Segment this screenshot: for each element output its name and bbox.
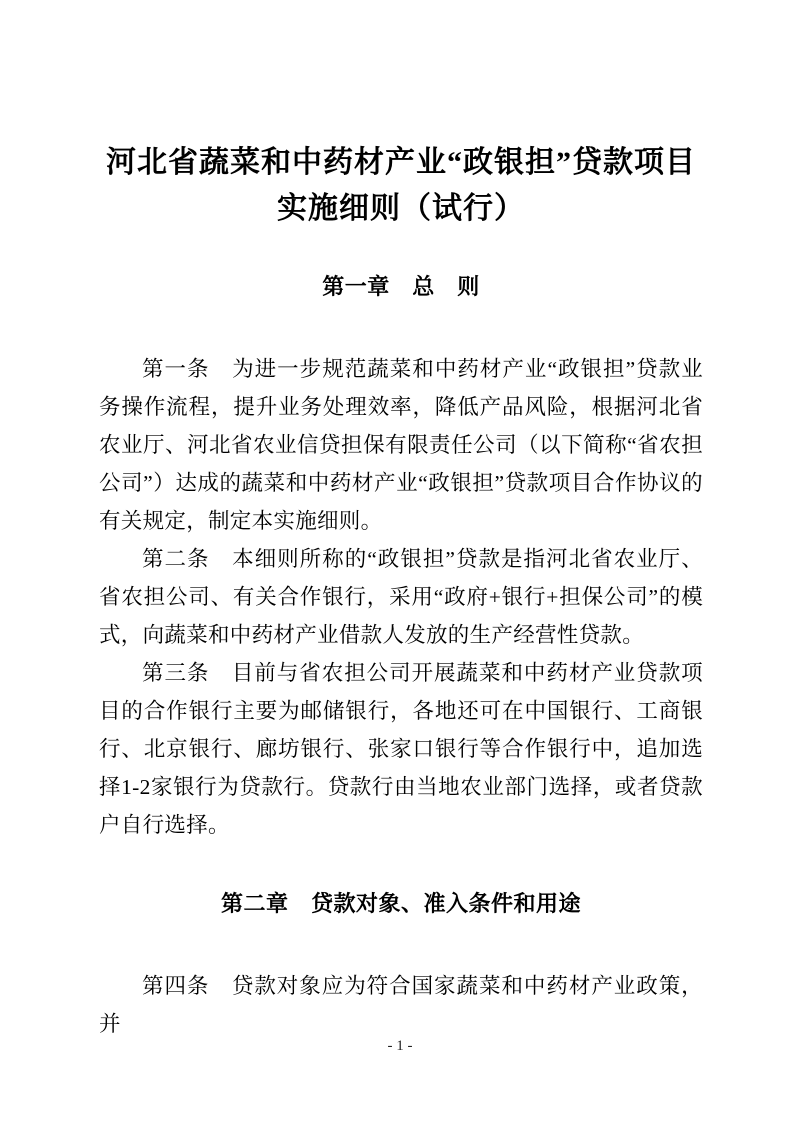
article-1-paragraph: 第一条 为进一步规范蔬菜和中药材产业“政银担”贷款业务操作流程，提升业务处理效率… <box>99 350 703 540</box>
chapter-2-body: 第四条 贷款对象应为符合国家蔬菜和中药材产业政策，并 <box>99 967 703 1043</box>
article-2-paragraph: 第二条 本细则所称的“政银担”贷款是指河北省农业厅、省农担公司、有关合作银行，采… <box>99 540 703 654</box>
document-title-line-1: 河北省蔬菜和中药材产业“政银担”贷款项目 <box>99 140 703 186</box>
chapter-1-body: 第一条 为进一步规范蔬菜和中药材产业“政银担”贷款业务操作流程，提升业务处理效率… <box>99 350 703 844</box>
document-title-line-2: 实施细则（试行） <box>99 186 703 232</box>
chapter-1-heading: 第一章 总 则 <box>99 272 703 302</box>
page-number: - 1 - <box>0 1038 800 1055</box>
article-3-paragraph: 第三条 目前与省农担公司开展蔬菜和中药材产业贷款项目的合作银行主要为邮储银行，各… <box>99 654 703 844</box>
document-title: 河北省蔬菜和中药材产业“政银担”贷款项目 实施细则（试行） <box>99 140 703 232</box>
document-page: 河北省蔬菜和中药材产业“政银担”贷款项目 实施细则（试行） 第一章 总 则 第一… <box>0 0 800 1131</box>
chapter-2-heading: 第二章 贷款对象、准入条件和用途 <box>99 889 703 919</box>
article-4-paragraph: 第四条 贷款对象应为符合国家蔬菜和中药材产业政策，并 <box>99 967 703 1043</box>
